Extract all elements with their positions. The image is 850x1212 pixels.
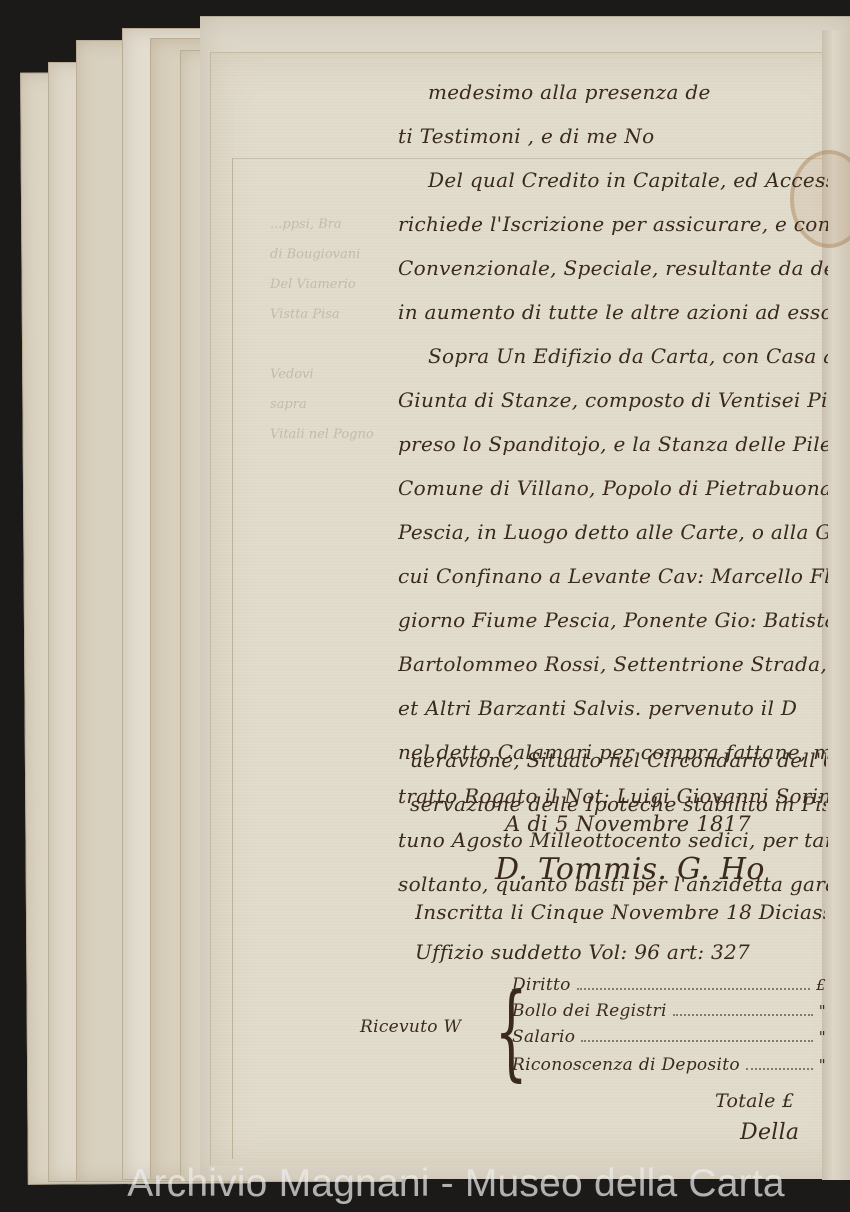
fee-currency: £: [816, 976, 826, 994]
fee-row: Riconoscenza di Deposito ": [512, 1055, 826, 1081]
manuscript-line: ueravione, Situato nel Circondario dell'…: [410, 738, 826, 782]
fee-currency: ": [819, 1028, 826, 1046]
manuscript-line: Del qual Credito in Capitale, ed Accesso…: [398, 158, 828, 202]
manuscript-line: cui Confinano a Levante Cav: Marcello Fl…: [398, 554, 828, 598]
fee-currency: ": [819, 1002, 826, 1020]
fee-label: Salario: [512, 1027, 575, 1047]
ghost-line: ...ppsi, Bra: [270, 210, 400, 240]
received-label: Ricevuto W: [360, 1017, 461, 1037]
ghost-line: Del Viamerio: [270, 270, 400, 300]
manuscript-line: et Altri Barzanti Salvis. pervenuto il D: [398, 686, 828, 730]
ghost-line: Vedovi: [270, 360, 400, 390]
ghost-line: [270, 330, 400, 360]
manuscript-line: Giunta di Stanze, composto di Ventisei P…: [398, 378, 828, 422]
ghost-line: di Bougiovani: [270, 240, 400, 270]
leader-dots: [673, 1014, 813, 1016]
total-label: Totale £: [715, 1090, 794, 1112]
manuscript-line: Convenzionale, Speciale, resultante da d…: [398, 246, 828, 290]
signature: D. Tommis. G. Ho: [495, 852, 765, 887]
show-through-text: ...ppsi, Bra di Bougiovani Del Viamerio …: [270, 210, 400, 450]
manuscript-line: in aumento di tutte le altre azioni ad e…: [398, 290, 828, 334]
archive-watermark: Archivio Magnani - Museo della Carta: [0, 1162, 850, 1206]
fee-row: Salario ": [512, 1027, 826, 1053]
ghost-line: Vistta Pisa: [270, 300, 400, 330]
manuscript-line: Pescia, in Luogo detto alle Carte, o all…: [398, 510, 828, 554]
leader-dots: [577, 988, 811, 990]
fee-row: Bollo dei Registri ": [512, 1001, 826, 1027]
fee-label: Riconoscenza di Deposito: [512, 1055, 740, 1075]
manuscript-line: medesimo alla presenza de: [398, 70, 828, 114]
manuscript-line: preso lo Spanditojo, e la Stanza delle P…: [398, 422, 828, 466]
manuscript-line: Comune di Villano, Popolo di Pietrabuona…: [398, 466, 828, 510]
manuscript-line: ti Testimoni , e di me No: [398, 114, 828, 158]
fee-row: Diritto £: [512, 975, 826, 1001]
fees-table: Ricevuto W { Diritto £ Bollo dei Registr…: [360, 975, 826, 1095]
manuscript-line: Bartolommeo Rossi, Settentrione Strada, …: [398, 642, 828, 686]
ghost-line: sapra: [270, 390, 400, 420]
leader-dots: [746, 1068, 813, 1070]
leader-dots: [581, 1040, 813, 1042]
manuscript-line: Sopra Un Edifizio da Carta, con Casa ann: [398, 334, 828, 378]
fee-currency: ": [819, 1056, 826, 1074]
manuscript-line: giorno Fiume Pescia, Ponente Gio: Batist…: [398, 598, 828, 642]
fee-label: Diritto: [512, 975, 571, 995]
della-label: Della: [740, 1120, 799, 1145]
inscription-line: Inscritta li Cinque Novembre 18 Diciasse…: [415, 900, 825, 924]
inscription-reference: Uffizio suddetto Vol: 96 art: 327: [415, 940, 750, 964]
ghost-line: Vitali nel Pogno: [270, 420, 400, 450]
manuscript-line: richiede l'Iscrizione per assicurare, e …: [398, 202, 828, 246]
fee-label: Bollo dei Registri: [512, 1001, 667, 1021]
scan-stage: ...ppsi, Bra di Bougiovani Del Viamerio …: [0, 0, 850, 1212]
date-line: A di 5 Novembre 1817: [505, 812, 751, 836]
